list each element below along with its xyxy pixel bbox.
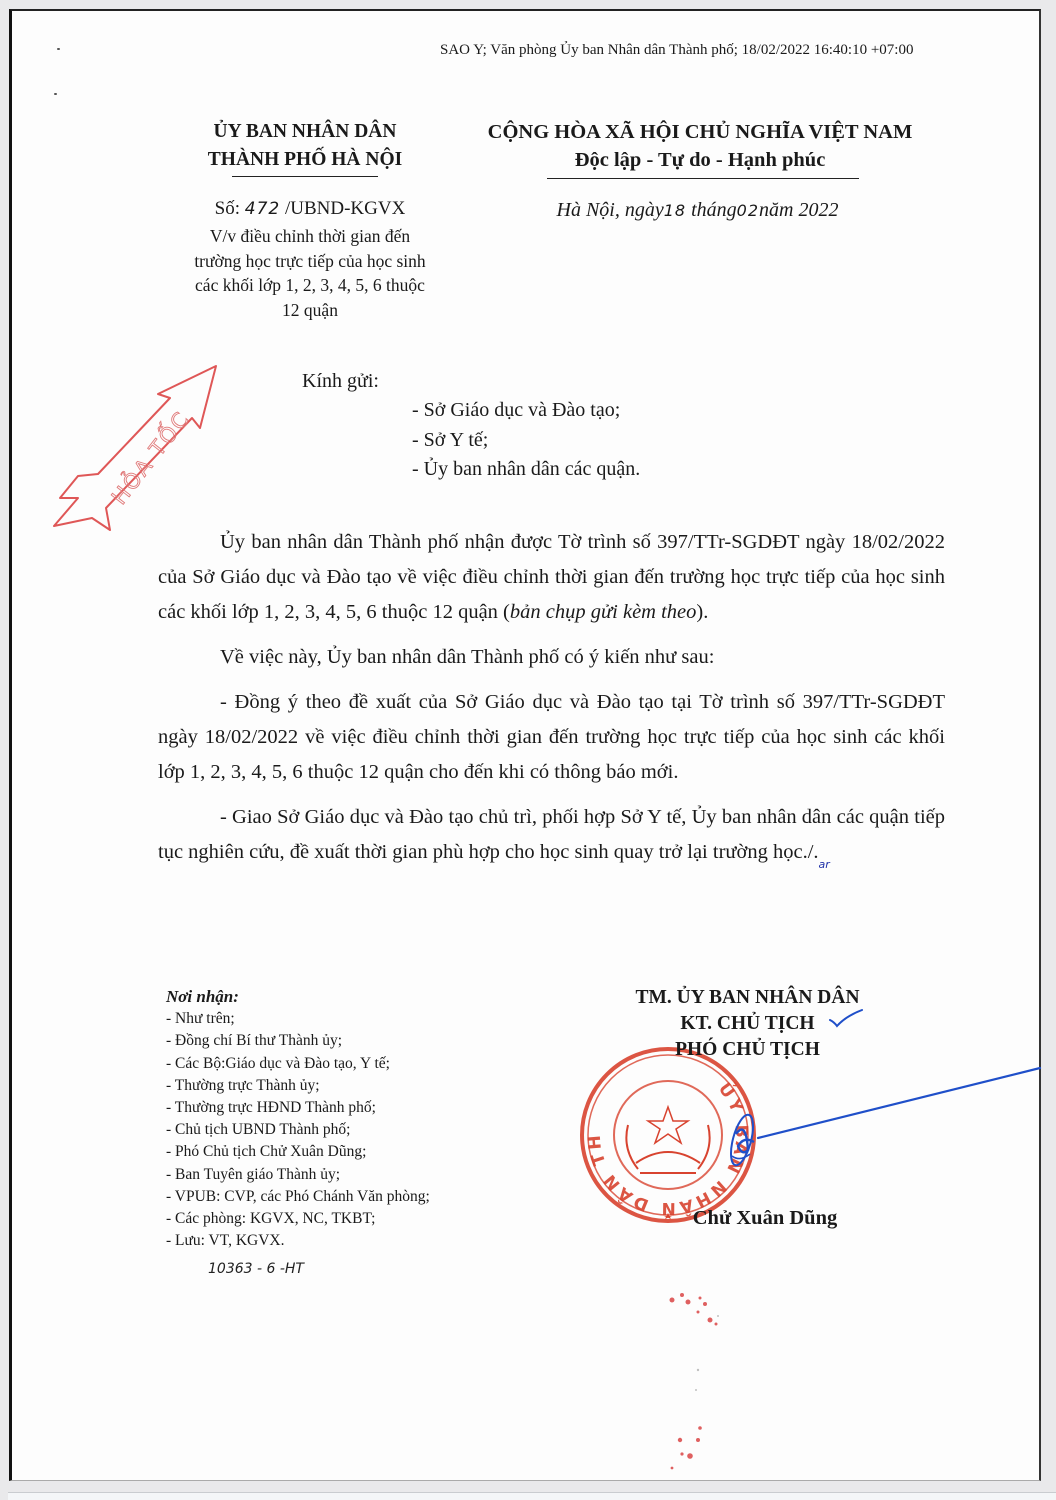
handwritten-initials: ar <box>819 858 830 871</box>
paragraph-2: Về việc này, Ủy ban nhân dân Thành phố c… <box>158 640 945 675</box>
next-page-edge <box>8 1492 1056 1500</box>
recipient-item: - Thường trực Thành ủy; <box>166 1075 430 1097</box>
scan-speck <box>57 48 60 50</box>
signature-stroke-icon <box>720 1060 1050 1170</box>
issuer-line-2: THÀNH PHỐ HÀ NỘI <box>170 146 440 174</box>
ink-specks-decoration <box>660 1290 740 1470</box>
digital-copy-stamp: SAO Y; Văn phòng Ủy ban Nhân dân Thành p… <box>440 42 1020 59</box>
handwritten-tracking-note: 10363 - 6 -HT <box>208 1258 430 1280</box>
month-label: tháng <box>691 199 737 221</box>
document-date: Hà Nội, ngày18 tháng02năm 2022 <box>470 199 925 222</box>
recipient-item: - Phó Chủ tịch Chử Xuân Dũng; <box>166 1141 430 1163</box>
recipient-item: - Các Bộ:Giáo dục và Đào tạo, Y tế; <box>166 1053 430 1075</box>
signer-name: Chử Xuân Dũng <box>640 1207 890 1230</box>
nation-line-1: CỘNG HÒA XÃ HỘI CHỦ NGHĨA VIỆT NAM <box>455 118 945 146</box>
date-prefix: Hà Nội, ngày <box>557 199 664 221</box>
paragraph-4: - Giao Sở Giáo dục và Đào tạo chủ trì, p… <box>158 800 945 882</box>
document-number: Số: 472 /UBND-KGVX <box>150 198 470 220</box>
addressee-item: - Ủy ban nhân dân các quận. <box>412 455 640 485</box>
recipient-item: - Như trên; <box>166 1008 430 1030</box>
addressee-item: - Sở Y tế; <box>412 426 640 456</box>
letter-body: Ủy ban nhân dân Thành phố nhận được Tờ t… <box>158 525 945 882</box>
handwritten-day: 18 <box>664 201 686 220</box>
recipient-item: - Thường trực HĐND Thành phố; <box>166 1097 430 1119</box>
motto-underline <box>547 178 859 179</box>
number-label: Số: <box>215 198 240 219</box>
recipient-item: - Đồng chí Bí thư Thành ủy; <box>166 1030 430 1052</box>
recipient-item: - Lưu: VT, KGVX. <box>166 1230 430 1252</box>
paragraph-1-italic: bản chụp gửi kèm theo <box>510 601 697 623</box>
recipient-item: - VPUB: CVP, các Phó Chánh Văn phòng; <box>166 1186 430 1208</box>
year: năm 2022 <box>759 199 838 221</box>
addressee-item: - Sở Giáo dục và Đào tạo; <box>412 396 640 426</box>
recipients-title: Nơi nhận: <box>166 986 430 1008</box>
national-motto: CỘNG HÒA XÃ HỘI CHỦ NGHĨA VIỆT NAM Độc l… <box>455 118 945 174</box>
subject-line: V/v điều chỉnh thời gian đến <box>150 224 470 249</box>
subject-line: các khối lớp 1, 2, 3, 4, 5, 6 thuộc <box>150 273 470 298</box>
paragraph-1-end: ). <box>696 601 708 623</box>
number-suffix: /UBND-KGVX <box>285 198 405 219</box>
paragraph-4-text: - Giao Sở Giáo dục và Đào tạo chủ trì, p… <box>158 806 945 863</box>
addressee-list: - Sở Giáo dục và Đào tạo; - Sở Y tế; - Ủ… <box>412 396 640 485</box>
paragraph-1: Ủy ban nhân dân Thành phố nhận được Tờ t… <box>158 525 945 630</box>
recipient-item: - Chủ tịch UBND Thành phố; <box>166 1119 430 1141</box>
ink-checkmark-icon <box>828 1008 868 1030</box>
paragraph-3: - Đồng ý theo đề xuất của Sở Giáo dục và… <box>158 685 945 790</box>
document-subject: V/v điều chỉnh thời gian đến trường học … <box>150 224 470 322</box>
scan-speck <box>54 93 57 95</box>
nation-line-2: Độc lập - Tự do - Hạnh phúc <box>455 146 945 174</box>
urgent-arrow-stamp-icon: HỎA TỐC <box>40 358 230 538</box>
addressee-label: Kính gửi: <box>302 370 379 393</box>
subject-line: trường học trực tiếp của học sinh <box>150 249 470 274</box>
handwritten-month: 02 <box>737 201 759 220</box>
recipient-item: - Các phòng: KGVX, NC, TKBT; <box>166 1208 430 1230</box>
recipient-item: - Ban Tuyên giáo Thành ủy; <box>166 1164 430 1186</box>
subject-line: 12 quận <box>150 298 470 323</box>
issuing-organization: ỦY BAN NHÂN DÂN THÀNH PHỐ HÀ NỘI <box>170 118 440 174</box>
issuer-line-1: ỦY BAN NHÂN DÂN <box>170 118 440 146</box>
handwritten-number: 472 <box>245 199 280 219</box>
issuer-underline <box>232 176 378 177</box>
recipients-block: Nơi nhận: - Như trên; - Đồng chí Bí thư … <box>166 986 430 1281</box>
